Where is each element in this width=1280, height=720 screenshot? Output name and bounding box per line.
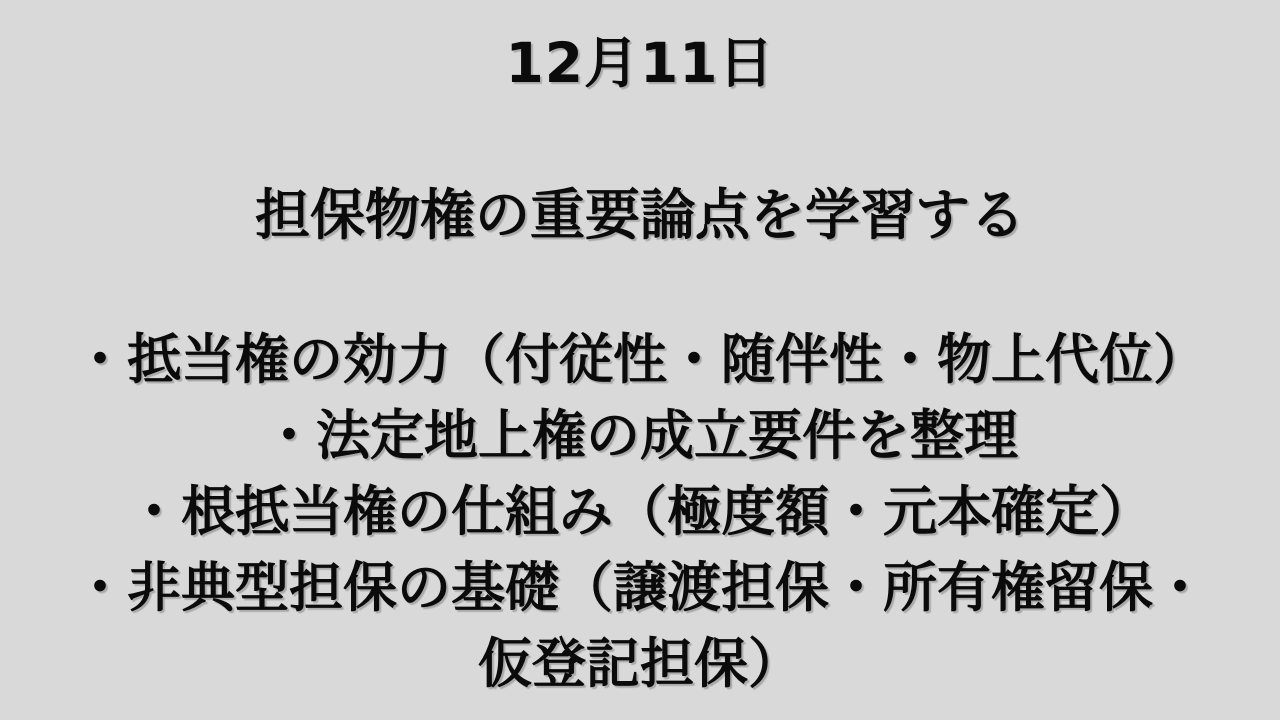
bullet-revolving-mortgage: ・根抵当権の仕組み（極度額・元本確定） [55, 474, 1225, 550]
bullet-statutory-superficies: ・法定地上権の成立要件を整理 [55, 398, 1225, 474]
date-title: 12月11日 [0, 0, 1280, 101]
study-slide: 12月11日 担保物権の重要論点を学習する ・抵当権の効力（付従性・随伴性・物上… [0, 0, 1280, 720]
study-goal-subtitle: 担保物権の重要論点を学習する [0, 177, 1280, 253]
topic-bullet-list: ・抵当権の効力（付従性・随伴性・物上代位） ・法定地上権の成立要件を整理 ・根抵… [55, 322, 1225, 702]
bullet-atypical-security: ・非典型担保の基礎（譲渡担保・所有権留保・仮登記担保） [55, 550, 1225, 702]
bullet-mortgage-effects: ・抵当権の効力（付従性・随伴性・物上代位） [55, 322, 1225, 398]
